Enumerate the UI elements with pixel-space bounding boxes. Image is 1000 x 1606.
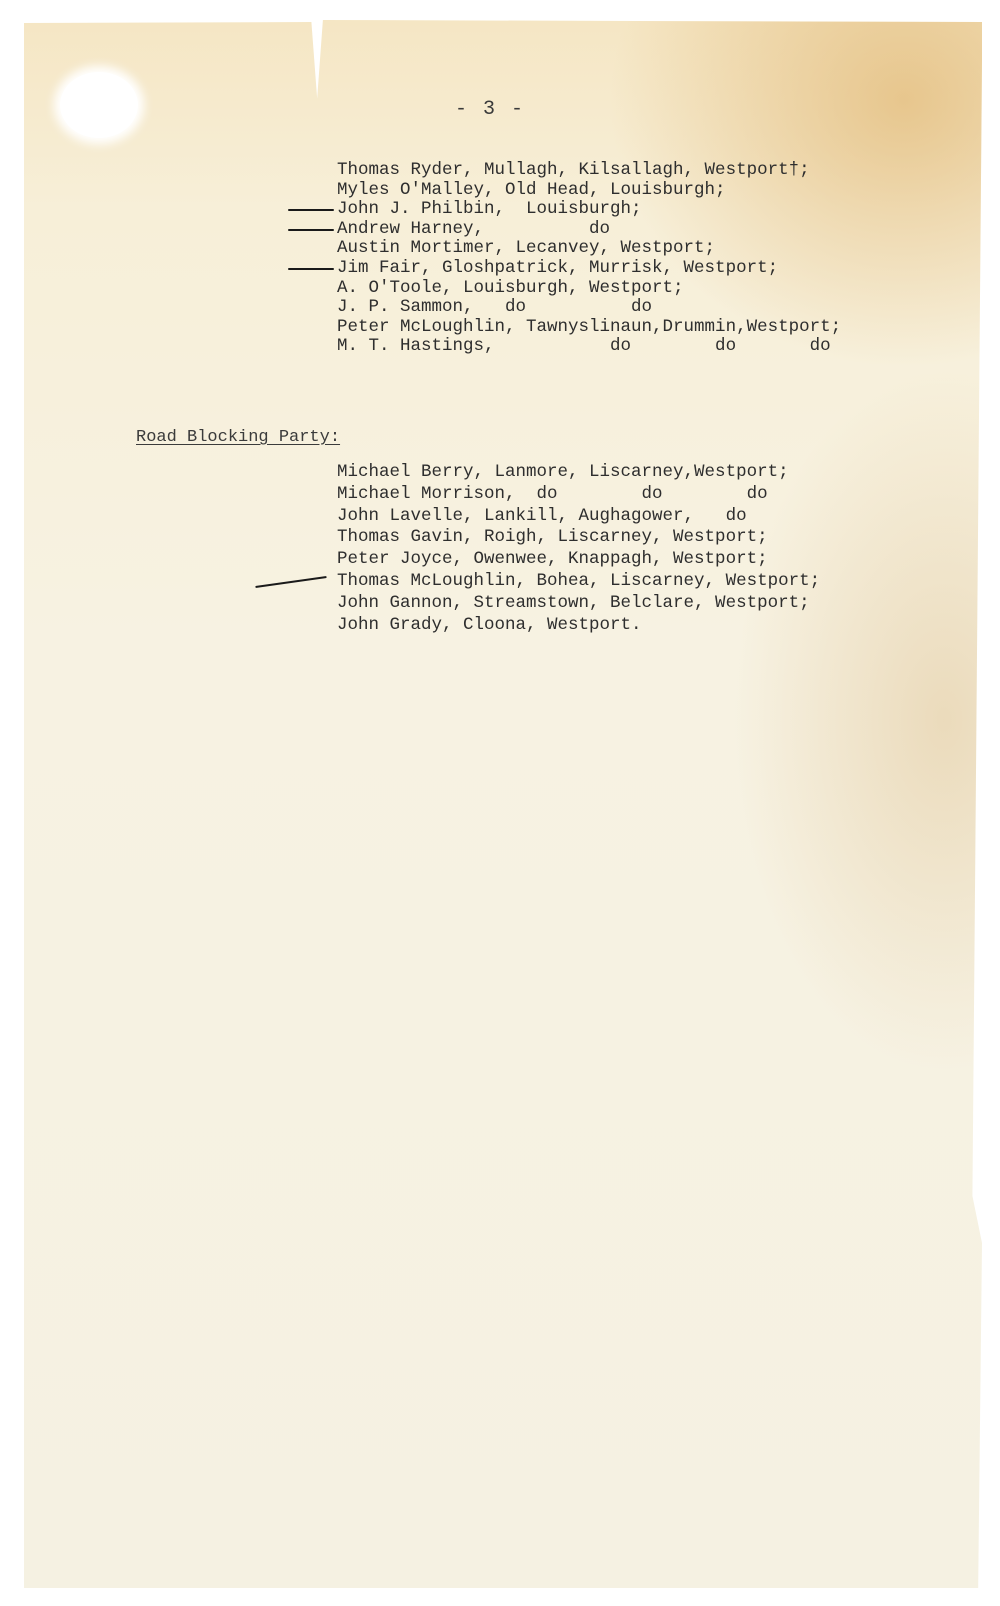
punch-hole <box>60 72 138 138</box>
list-item: Myles O'Malley, Old Head, Louisburgh; <box>337 180 726 200</box>
list-item: Andrew Harney, do <box>337 219 610 239</box>
list-item: Austin Mortimer, Lecanvey, Westport; <box>337 238 715 258</box>
pen-tick-mark <box>288 229 334 231</box>
list-item: Jim Fair, Gloshpatrick, Murrisk, Westpor… <box>337 258 778 278</box>
section-heading: Road Blocking Party: <box>136 428 340 447</box>
list-item: Thomas McLoughlin, Bohea, Liscarney, Wes… <box>337 571 820 591</box>
list-item: Peter Joyce, Owenwee, Knappagh, Westport… <box>337 549 768 569</box>
pen-tick-mark <box>288 268 334 270</box>
pen-tick-mark <box>288 209 334 211</box>
list-item: Thomas Gavin, Roigh, Liscarney, Westport… <box>337 527 768 547</box>
list-item: John Gannon, Streamstown, Belclare, West… <box>337 593 810 613</box>
list-item: J. P. Sammon, do do <box>337 297 652 317</box>
list-item: Michael Berry, Lanmore, Liscarney,Westpo… <box>337 462 789 482</box>
list-item: Thomas Ryder, Mullagh, Kilsallagh, Westp… <box>337 160 810 180</box>
list-item: John Grady, Cloona, Westport. <box>337 615 642 635</box>
list-item: A. O'Toole, Louisburgh, Westport; <box>337 278 684 298</box>
list-item: M. T. Hastings, do do do <box>337 336 831 356</box>
page-number: - 3 - <box>455 98 525 121</box>
list-item: Michael Morrison, do do do <box>337 484 768 504</box>
list-item: John J. Philbin, Louisburgh; <box>337 199 642 219</box>
list-item: Peter McLoughlin, Tawnyslinaun,Drummin,W… <box>337 317 841 337</box>
list-item: John Lavelle, Lankill, Aughagower, do <box>337 506 747 526</box>
